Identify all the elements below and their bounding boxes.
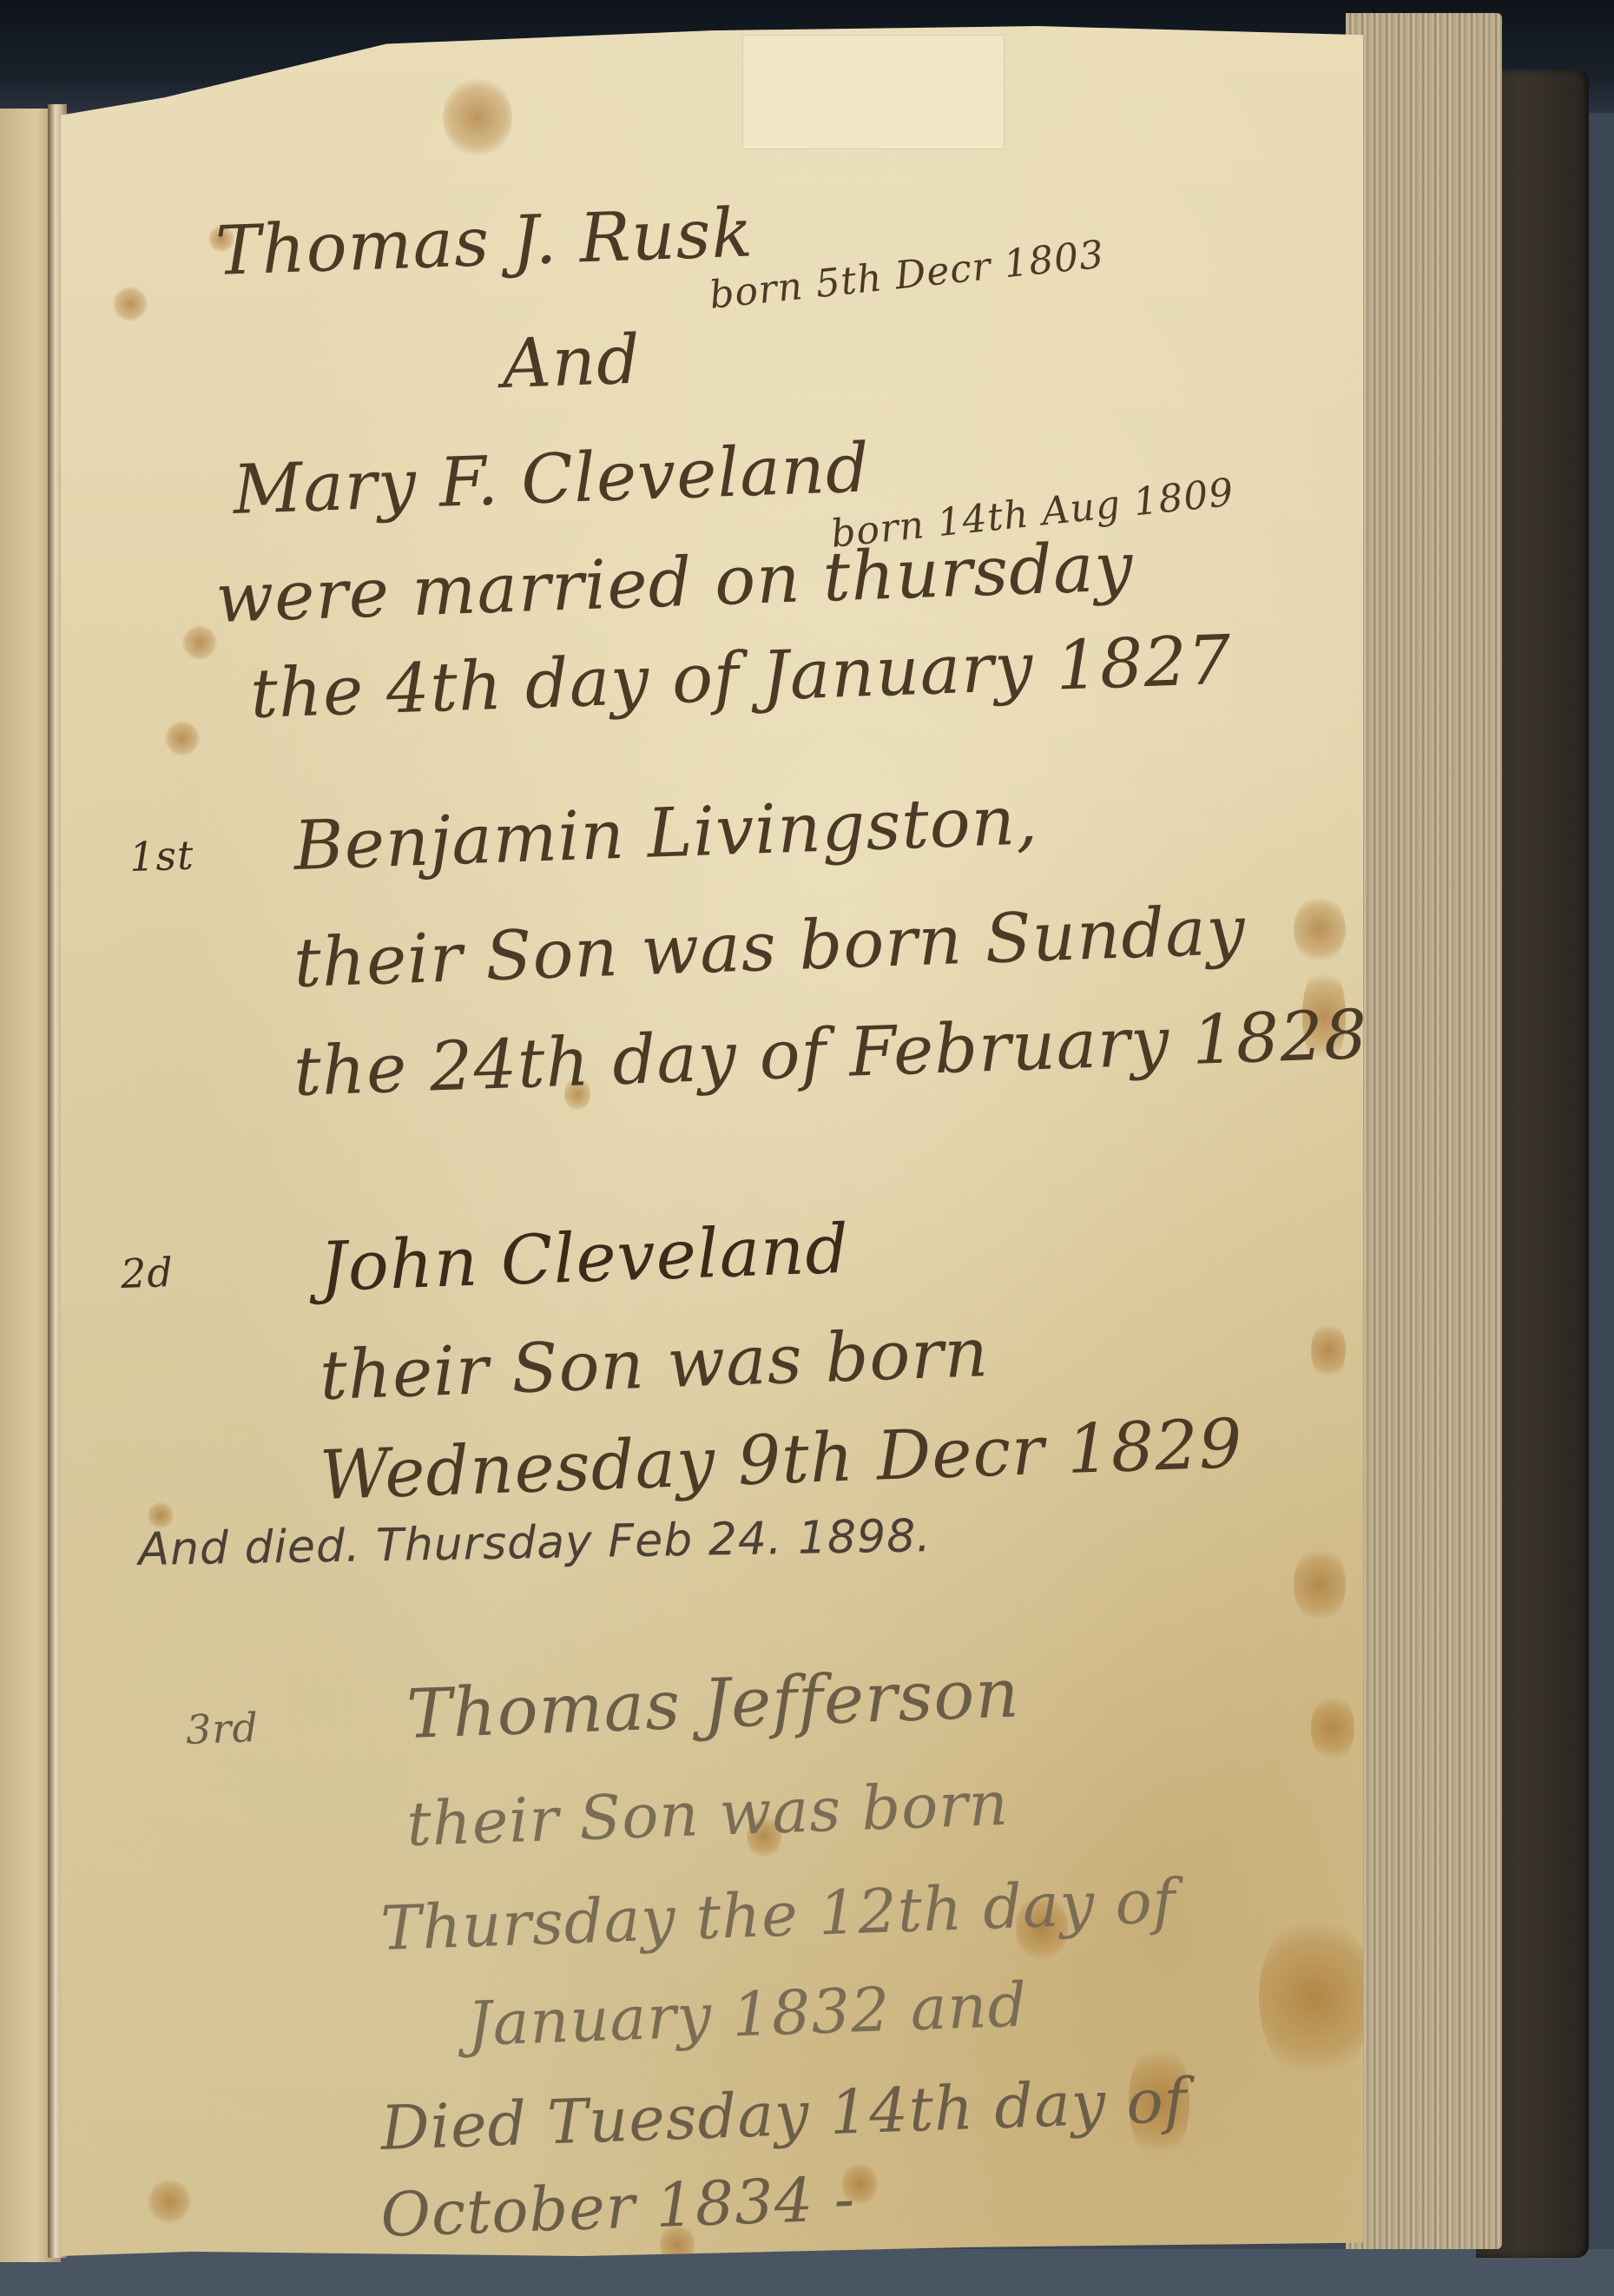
conjunction: And xyxy=(501,320,642,404)
bride-name: Mary F. Cleveland xyxy=(232,429,871,530)
child-birth-line-1: their Son was born xyxy=(319,1314,990,1415)
stain xyxy=(1311,1693,1354,1763)
child-ordinal: 3rd xyxy=(185,1704,260,1753)
repair-tape xyxy=(742,35,1005,149)
stain xyxy=(1294,1546,1346,1624)
stain xyxy=(443,78,512,156)
child-name: Benjamin Livingston, xyxy=(293,782,1039,886)
page-edges xyxy=(1346,13,1502,2249)
marriage-line-1: were married on thursday xyxy=(214,528,1135,638)
marriage-line-2: the 4th day of January 1827 xyxy=(249,622,1233,734)
child-death-line-2: October 1834 - xyxy=(379,2163,856,2251)
stain xyxy=(148,2180,191,2223)
child-birth-line-1: their Son was born Sunday xyxy=(293,892,1247,1003)
child-birth-line-3: January 1832 and xyxy=(466,1969,1028,2060)
groom-birth: born 5th Decr 1803 xyxy=(708,233,1107,318)
child-death-line-1: Died Tuesday 14th day of xyxy=(379,2065,1189,2164)
stain xyxy=(1259,1910,1363,2084)
stain xyxy=(165,721,200,755)
groom-name: Thomas J. Rusk xyxy=(214,194,754,291)
child-birth-line-2: the 24th day of February 1828 xyxy=(293,996,1363,1112)
child-name: Thomas Jefferson xyxy=(405,1654,1021,1754)
child-ordinal: 1st xyxy=(128,831,194,881)
child-birth-line-1: their Son was born xyxy=(405,1768,1010,1860)
stain xyxy=(182,625,217,660)
stain xyxy=(113,287,148,321)
stain xyxy=(1311,1320,1346,1381)
child-ordinal: 2d xyxy=(120,1249,175,1297)
background-bottom xyxy=(0,2249,1614,2296)
stain xyxy=(1294,894,1346,964)
child-name: John Cleveland xyxy=(319,1211,851,1307)
register-page: Thomas J. Rusk born 5th Decr 1803 And Ma… xyxy=(61,26,1363,2256)
child-birth-line-2: Wednesday 9th Decr 1829 xyxy=(319,1405,1244,1515)
child-death-note: And died. Thursday Feb 24. 1898. xyxy=(138,1510,932,1576)
